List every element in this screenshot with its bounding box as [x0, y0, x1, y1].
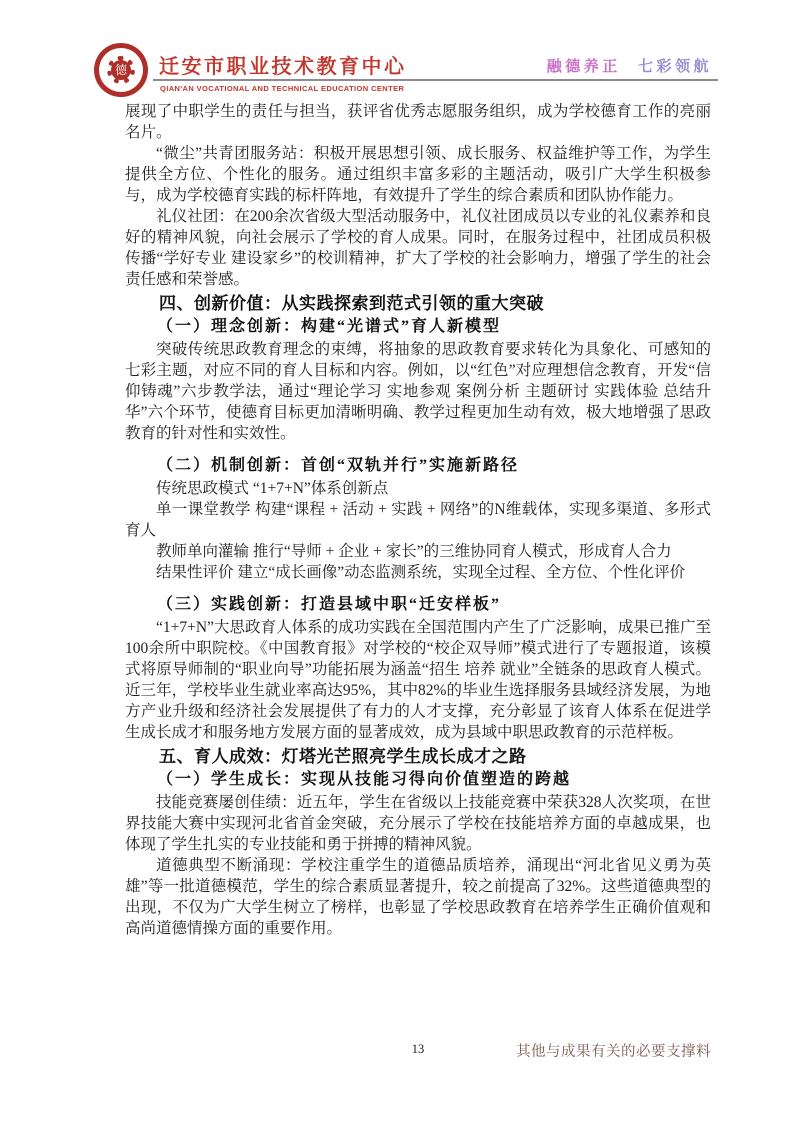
paragraph: 道德典型不断涌现：学校注重学生的道德品质培养，涌现出“河北省见义勇为英雄”等一批…	[125, 855, 711, 939]
paragraph: 技能竞赛屡创佳绩：近五年，学生在省级以上技能竞赛中荣获328人次奖项，在世界技能…	[125, 792, 711, 855]
paragraph: “微尘”共青团服务站：积极开展思想引领、成长服务、权益维护等工作，为学生提供全方…	[125, 143, 711, 206]
header-slogans: 融德养正 七彩领航	[547, 55, 712, 76]
school-title-chinese: 迁安市职业技术教育中心	[159, 50, 407, 79]
school-title-english: QIAN'AN VOCATIONAL AND TECHNICAL EDUCATI…	[160, 84, 404, 93]
paragraph: 突破传统思政教育理念的束缚，将抽象的思政教育要求转化为具象化、可感知的七彩主题，…	[125, 339, 711, 444]
paragraph: “1+7+N”大思政育人体系的成功实践在全国范围内产生了广泛影响，成果已推广至1…	[125, 617, 711, 743]
document-body: 展现了中职学生的责任与担当，获评省优秀志愿服务组织，成为学校德育工作的亮丽名片。…	[125, 101, 711, 939]
section-heading: 四、创新价值：从实践探索到范式引领的重大突破	[125, 293, 711, 315]
document-page: 德 迁安市职业技术教育中心 QIAN'AN VOCATIONAL AND TEC…	[0, 0, 800, 1131]
paragraph: 礼仪社团：在200余次省级大型活动服务中，礼仪社团成员以专业的礼仪素养和良好的精…	[125, 206, 711, 290]
paragraph: 教师单向灌输 推行“导师 + 企业 + 家长”的三维协同育人模式，形成育人合力	[125, 541, 711, 562]
school-seal-icon: 德	[94, 43, 148, 97]
slogan-qicailinghang: 七彩领航	[638, 59, 712, 75]
section-heading: （三）实践创新：打造县域中职“迁安样板”	[125, 594, 711, 616]
school-seal-center-glyph: 德	[111, 60, 131, 80]
section-heading: 五、育人成效：灯塔光芒照亮学生成长成才之路	[125, 746, 711, 768]
paragraph: 传统思政模式 “1+7+N”体系创新点	[125, 478, 711, 499]
section-heading: （一）学生成长：实现从技能习得向价值塑造的跨越	[125, 769, 711, 791]
section-heading: （一）理念创新：构建“光谱式”育人新模型	[125, 316, 711, 338]
section-heading: （二）机制创新：首创“双轨并行”实施新路径	[125, 455, 711, 477]
footer-note: 其他与成果有关的必要支撑料	[516, 1040, 711, 1061]
paragraph: 展现了中职学生的责任与担当，获评省优秀志愿服务组织，成为学校德育工作的亮丽名片。	[125, 101, 711, 143]
school-seal-inner: 德	[99, 48, 143, 92]
slogan-rongdeyangzheng: 融德养正	[547, 59, 621, 75]
paragraph: 结果性评价 建立“成长画像”动态监测系统，实现全过程、全方位、个性化评价	[125, 562, 711, 583]
header-divider	[153, 79, 718, 81]
paragraph: 单一课堂教学 构建“课程 + 活动 + 实践 + 网络”的N维载体，实现多渠道、…	[125, 499, 711, 541]
